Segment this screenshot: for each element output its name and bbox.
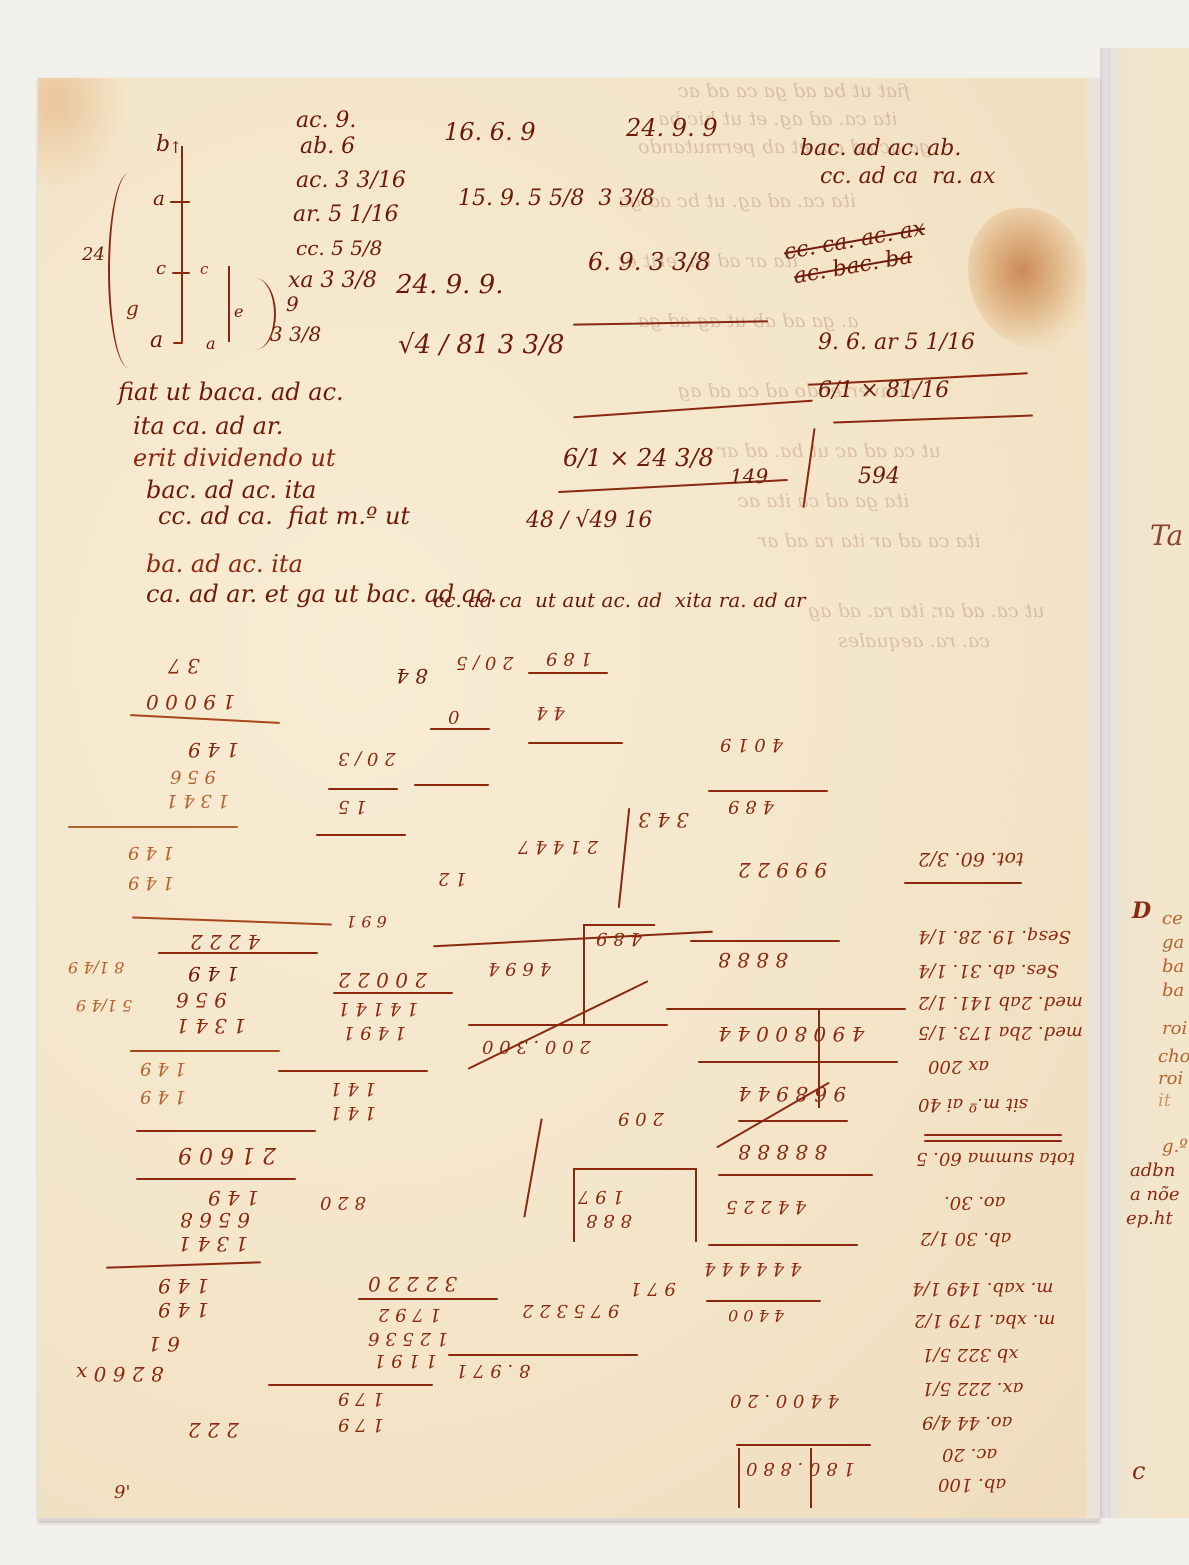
inverted-number: 3 2 2 2 0 — [368, 1272, 457, 1296]
value-line: ar. 5 1/16 — [293, 202, 399, 227]
inverted-number: 4 4 4 4 4 4 — [704, 1258, 801, 1279]
inverted-number: 2 0 0 2 2 — [338, 968, 427, 992]
rule — [278, 1070, 428, 1072]
rule — [666, 1008, 906, 1010]
inverted-label-value: xb 322 5/1 — [922, 1344, 1018, 1365]
rule — [708, 1244, 858, 1246]
inverted-number: 8 8 8 8 8 — [738, 1140, 827, 1164]
inverted-number: 3 7 — [168, 654, 200, 678]
bleed-line: ca. ra. aequales — [838, 628, 990, 655]
inverted-number: 4 2 2 2 — [190, 930, 260, 954]
inverted-number: 3 4 3 — [638, 808, 689, 832]
rule — [736, 1444, 871, 1446]
latin-line: fiat ut baca. ad ac. — [118, 378, 344, 406]
value-line: xa 3 3/8 — [288, 268, 377, 293]
facing-bottom-symbol: c — [1132, 1458, 1145, 1484]
lattice-grid — [583, 924, 655, 1026]
rule — [132, 917, 332, 926]
inverted-number: 1 7 9 2 — [378, 1304, 441, 1325]
point-label-g: g — [126, 296, 139, 320]
rule — [358, 1298, 498, 1300]
point-label-b: b — [156, 132, 170, 157]
rule — [738, 1120, 848, 1122]
arrow-up-icon: ↑ — [169, 138, 182, 157]
calc-row: √4 / 81 3 3/8 — [398, 330, 564, 360]
facing-top-text: Ta — [1150, 523, 1183, 549]
fraction-expression: 6/1 × 24 3/8 — [563, 444, 714, 472]
inverted-side-note: 5 1/4 9 — [76, 996, 132, 1015]
rule — [136, 1178, 296, 1180]
inverted-number: 6 1 — [148, 1332, 180, 1356]
rule — [528, 742, 623, 744]
inverted-number: 8 8 8 8 — [718, 948, 788, 972]
inverted-number: 1 3 4 1 — [176, 1014, 246, 1038]
point-label-a-small: a — [206, 334, 216, 353]
point-label-a: a — [153, 186, 165, 210]
inverted-number: 8 8 8 — [586, 1210, 632, 1231]
inverted-number: 0 — [448, 706, 459, 727]
inverted-label-value: Sesq. 19. 28. 1/4 — [918, 926, 1071, 947]
inverted-label-value: sit m.º ai 40 — [918, 1094, 1028, 1115]
inverted-number: 1 4 9 — [158, 1274, 209, 1298]
rule — [706, 1300, 821, 1302]
inverted-label-value: Ses. ab. 31. 1/4 — [918, 960, 1059, 981]
division-bar — [523, 1119, 542, 1218]
inverted-number: 8 2 6 0 x — [76, 1362, 164, 1386]
inverted-number: 4 6 9 4 — [488, 958, 551, 979]
inverted-number: 1 7 9 — [338, 1414, 384, 1435]
rule — [833, 415, 1033, 424]
fraction-expression: 6/1 × 81/16 — [818, 378, 949, 403]
folio-mark: 9' — [114, 1482, 130, 1503]
rule — [430, 728, 490, 730]
inverted-number: 1 4 9 — [188, 738, 239, 762]
inverted-label-value: ao. 44 4/9 — [922, 1412, 1012, 1433]
inverted-number: 2 1 6 0 9 — [178, 1142, 276, 1167]
latin-line: bac. ad ac. ita — [146, 476, 316, 504]
facing-line-0: ce — [1162, 906, 1183, 932]
facing-line-4: roi — [1162, 1016, 1187, 1042]
point-label-a-bottom: a — [150, 328, 163, 353]
rule — [316, 834, 406, 836]
inverted-number: 1 8 9 — [546, 648, 592, 669]
rule — [68, 826, 238, 828]
facing-marginal-symbol: D — [1132, 898, 1151, 924]
inverted-label-value: ax 200 — [928, 1056, 989, 1077]
inverted-number: 4 9 0 8 0 0 4 4 — [718, 1022, 864, 1046]
facing-line-1: ga — [1162, 930, 1184, 956]
inverted-number: 1 4 9 — [188, 962, 239, 986]
bleed-line: ut ca ad ac ut ba. ad ar — [718, 438, 941, 465]
point-label-c-small: c — [200, 260, 208, 278]
inverted-number: 1 3 4 1 — [166, 790, 229, 811]
inverted-number: 4 4 2 2 5 — [726, 1196, 806, 1217]
inverted-label-value: tota summa 60. 5 — [916, 1148, 1075, 1169]
inverted-number: 4 4 0 0 — [728, 1306, 784, 1325]
rule — [136, 1130, 316, 1132]
rule — [433, 931, 713, 948]
bleed-line: ut ca. ad ar. ita ra. ad ag — [808, 598, 1044, 625]
latin-line: ba. ad ac. ita — [146, 550, 303, 578]
inverted-number: 8 4 — [396, 664, 428, 688]
inverted-label-value: m. xba. 179 1/2 — [914, 1310, 1055, 1331]
inverted-label-value: ab. 100 — [938, 1474, 1006, 1495]
inverted-label-value: med. 2ba 173. 1/5 — [918, 1022, 1083, 1043]
rule — [328, 788, 398, 790]
tick-mark — [170, 201, 190, 203]
tick-mark — [172, 272, 190, 274]
inverted-fraction: 2 0 / 5 — [456, 652, 514, 673]
inverted-number: 1 4 9 — [140, 1086, 186, 1107]
facing-line-8: g.º — [1162, 1134, 1188, 1160]
rule — [130, 1050, 280, 1052]
rule — [904, 882, 1022, 884]
corner-stain — [38, 78, 128, 198]
inverted-number: 1 2 — [438, 868, 467, 889]
result-value: 149 — [730, 464, 768, 488]
value-line: ac. 3 3/16 — [296, 168, 406, 193]
rule — [924, 1134, 1062, 1136]
calc-row: 15. 9. 5 5/8 3 3/8 — [458, 186, 655, 211]
inverted-number: 1 4 9 — [208, 1186, 259, 1210]
inverted-label-value: ab. 30 1/2 — [920, 1228, 1011, 1249]
inverted-number: 1 4 1 4 1 — [338, 998, 418, 1019]
bracket-curve — [108, 173, 150, 368]
inverted-number: 6 5 6 8 — [180, 1208, 250, 1232]
diagram-vertical-line — [181, 146, 183, 342]
box-left — [738, 1448, 740, 1508]
inverted-label-value: ac. 20 — [942, 1444, 997, 1465]
inverted-number: 2 0 0 . 3 0 0 — [482, 1036, 591, 1057]
inverted-number: 9 5 6 — [170, 766, 216, 787]
rule — [528, 672, 608, 674]
value-line: cc. 5 5/8 — [296, 236, 382, 260]
inverted-number: 2 2 2 — [188, 1418, 239, 1442]
secondary-vertical-line — [228, 266, 230, 342]
tick-mark — [173, 342, 183, 344]
rule — [708, 790, 828, 792]
latin-line: cc. ad ca. fiat m.º ut — [158, 502, 410, 530]
rule — [690, 940, 840, 942]
inverted-number: 1 4 1 — [330, 1102, 376, 1123]
inverted-number: 1 2 5 3 6 — [368, 1328, 448, 1349]
manuscript-page: fiat ut ba ad ga ca ad ac ita ca. ad ag.… — [38, 78, 1100, 1521]
facing-line-7: it — [1158, 1088, 1171, 1114]
rule — [448, 1354, 638, 1356]
inverted-number: 9 5 6 — [176, 988, 227, 1012]
rule — [333, 992, 453, 994]
rule — [698, 1061, 898, 1063]
inverted-number: 8 2 0 — [320, 1192, 366, 1213]
facing-line-2: ba — [1162, 954, 1184, 980]
inverted-label-value: m. xab. 149 1/4 — [912, 1278, 1053, 1299]
facing-page: Ta D ce ga ba ba roi cho roi it g.º adbn… — [1108, 48, 1189, 1518]
inverted-label-value: ax. 222 5/1 — [922, 1378, 1023, 1399]
proportion-line: cc. ad ca ra. ax — [820, 164, 995, 189]
point-label-c: c — [156, 258, 166, 279]
inverted-number: 2 1 4 4 7 — [518, 836, 598, 857]
inverted-number: 1 1 9 1 — [374, 1350, 437, 1371]
rule — [924, 1140, 1062, 1142]
bleed-line: ita ga ad ca ita ac — [738, 488, 909, 515]
value-line: 3 3/8 — [270, 322, 321, 346]
bleed-line: ita ca ad ar ita ra ad ar — [758, 528, 981, 555]
inverted-number: 4 8 9 — [728, 796, 774, 817]
facing-line-10: a nõe — [1130, 1182, 1180, 1208]
rule — [106, 1261, 261, 1268]
side-length-label: 24 — [82, 244, 105, 265]
inverted-number: 4 4 — [536, 702, 565, 723]
rule — [718, 1174, 873, 1176]
inverted-side-note: 8 1/4 9 — [68, 958, 124, 977]
inverted-label-value: tot. 60. 3/2 — [918, 848, 1024, 870]
result-value: 48 / √49 16 — [526, 508, 652, 533]
inverted-number: 9 7 1 — [630, 1278, 676, 1299]
inverted-number: 9 9 9 2 2 — [738, 858, 827, 882]
inverted-number: 1 4 9 — [128, 842, 174, 863]
facing-line-9: adbn — [1130, 1158, 1175, 1184]
calc-row: 16. 6. 9 — [444, 118, 536, 146]
proportion-line: bac. ad ac. ab. — [800, 136, 961, 161]
inverted-number: 1 7 9 — [338, 1388, 384, 1409]
inverted-label-value: med. 2ab 141. 1/2 — [918, 992, 1083, 1013]
calc-row: 24. 9. 9. — [396, 270, 504, 300]
inverted-fraction: 2 0 / 3 — [338, 748, 396, 769]
inverted-number: 4 0 1 9 — [720, 734, 783, 755]
inverted-label-value: ao. 30. — [944, 1192, 1005, 1213]
inverted-number: 1 3 4 1 — [178, 1232, 248, 1256]
calc-line: 9. 6. ar 5 1/16 — [818, 330, 975, 355]
lattice-divider — [618, 808, 630, 908]
inverted-number: 8 . 9 7 1 — [456, 1360, 530, 1381]
inverted-number: 1 4 1 — [330, 1078, 376, 1099]
inverted-number: 1 9 7 — [578, 1186, 624, 1207]
value-line: 9 — [286, 292, 299, 316]
rule — [414, 784, 489, 786]
inverted-number: 1 4 9 — [128, 872, 174, 893]
latin-line: ita ca. ad ar. — [133, 412, 283, 440]
facing-line-3: ba — [1162, 978, 1184, 1004]
calc-row: 24. 9. 9 — [626, 114, 718, 142]
rule — [468, 1024, 668, 1026]
rule — [268, 1384, 433, 1386]
inverted-number: 6 9 1 — [346, 912, 387, 931]
inverted-number: 1 4 9 — [140, 1058, 186, 1079]
ink-stain — [968, 208, 1088, 348]
bleed-line: fiat ut ba ad ga ca ad ac — [678, 78, 910, 105]
rule — [158, 952, 318, 954]
rule — [130, 714, 280, 724]
facing-line-11: ep.ht — [1126, 1206, 1173, 1232]
inverted-number: 4 4 0 0 . 2 0 — [730, 1390, 839, 1411]
value-line: ab. 6 — [300, 134, 355, 159]
inverted-number: 1 4 9 1 — [343, 1022, 406, 1043]
calc-line: 6. 9. 3 3/8 — [588, 248, 711, 276]
inverted-number: 1 9 0 0 0 — [146, 690, 235, 714]
inverted-number: 1 4 9 — [158, 1298, 209, 1322]
inverted-number: 1 5 — [338, 796, 367, 817]
result-value: 594 — [858, 464, 900, 489]
latin-line: cc. ad ca ut aut ac. ad xita ra. ad ar — [433, 588, 806, 612]
latin-line: erit dividendo ut — [133, 444, 335, 472]
inverted-number: 1 8 0 . 8 8 0 — [746, 1458, 855, 1479]
page-edge — [1086, 78, 1100, 1518]
inverted-number: 2 0 9 — [618, 1108, 664, 1129]
inverted-number: 9 7 5 3 2 2 — [522, 1300, 619, 1321]
value-line: ac. 9. — [296, 108, 356, 133]
